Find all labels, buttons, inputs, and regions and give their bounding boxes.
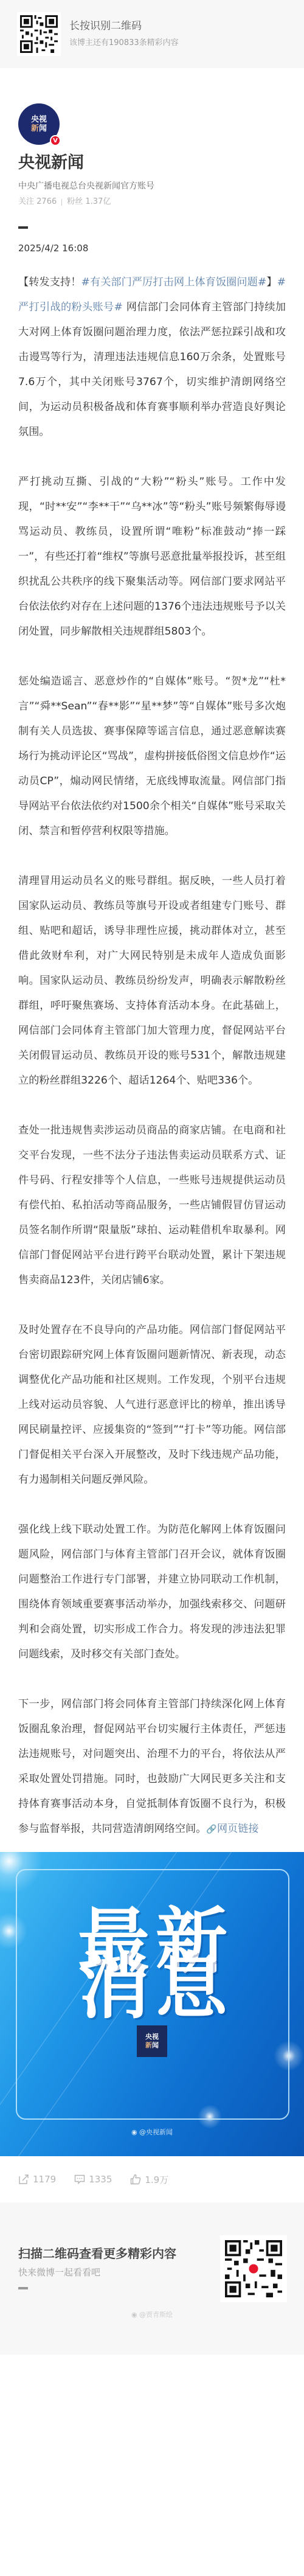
post-intro-paragraph: 【转发支持！#有关部门严厉打击网上体育饭圈问题#】#严打引战的粉头账号# 网信部… [18, 270, 286, 445]
web-link-label: 网页链接 [217, 1823, 259, 1835]
intro-prefix: 【转发支持！ [18, 276, 81, 288]
bottom-qr-banner: 扫描二维码查看更多精彩内容 快来微博一起看看吧 ◉ @贾青斯绘 [0, 2202, 304, 2355]
post-timestamp: 2025/4/2 16:08 [18, 242, 286, 254]
intro-body: 网信部门会同体育主管部门持续加大对网上体育饭圈问题治理力度，依法严惩拉踩引战和攻… [18, 301, 286, 438]
verified-badge-icon: V [50, 135, 61, 146]
headline-char-3: 消 [78, 1951, 150, 2022]
image-watermark: ◉ @央视新闻 [0, 2127, 304, 2137]
post-paragraph: 清理冒用运动员名义的账号群组。据反映，一些人员打着国家队运动员、教练员等旗号开设… [18, 869, 286, 1093]
cctv-news-logo: 央视 新闻 [137, 2025, 167, 2057]
post-paragraph: 强化线上线下联动处置工作。为防范化解网上体育饭圈问题风险，网信部门与体育主管部门… [18, 1517, 286, 1667]
following-count: 2766 [36, 196, 57, 208]
topic-link-1[interactable]: #有关部门严厉打击网上体育饭圈问题# [81, 276, 266, 288]
followers-count: 1.37亿 [85, 196, 111, 208]
avatar-line2a: 新 [31, 124, 39, 133]
image-frame [16, 1869, 289, 2120]
web-link[interactable]: 🔗网页链接 [206, 1823, 258, 1835]
qr-code-small[interactable] [17, 12, 61, 56]
final-text: 下一步，网信部门将会同体育主管部门持续深化网上体育饭圈乱象治理，督促网站平台切实… [18, 1698, 286, 1835]
comment-icon [74, 2174, 85, 2185]
avatar-line1: 央视 [31, 115, 47, 124]
post-paragraph: 查处一批违规售卖涉运动员商品的商家店铺。在电商和社交平台发现，一些不法分子违法售… [18, 1118, 286, 1293]
news-image[interactable]: 最 新 消 息 央视 新闻 ◉ @央视新闻 [0, 1852, 304, 2156]
post-actions: 1179 1335 1.9万 [0, 2156, 304, 2202]
post-paragraph: 严打挑动互撕、引战的“大粉”“粉头”账号。工作中发现，“时**安”“李**干”“… [18, 470, 286, 644]
weibo-icon: ◉ [131, 2128, 139, 2136]
like-count: 1.9万 [145, 2173, 168, 2186]
bottom-watermark: ◉ @贾青斯绘 [0, 2310, 304, 2319]
repost-button[interactable]: 1179 [18, 2174, 56, 2185]
top-banner-subtitle: 该博主还有190833条精彩内容 [69, 37, 179, 50]
post-content: 【转发支持！#有关部门严厉打击网上体育饭圈问题#】#严打引战的粉头账号# 网信部… [0, 254, 304, 1842]
logo-line2a: 新 [145, 2041, 152, 2049]
comment-button[interactable]: 1335 [74, 2174, 112, 2185]
post-final-paragraph: 下一步，网信部门将会同体育主管部门持续深化网上体育饭圈乱象治理，督促网站平台切实… [18, 1692, 286, 1842]
comment-count: 1335 [89, 2174, 112, 2185]
weibo-icon: ◉ [131, 2311, 139, 2319]
avatar[interactable]: 央视 新闻 V [18, 103, 60, 145]
intro-bracket: 】 [266, 276, 277, 288]
avatar-line2: 新闻 [31, 124, 47, 133]
bottom-banner-subtitle: 快来微博一起看看吧 [18, 2266, 100, 2278]
bottom-watermark-text: @贾青斯绘 [139, 2311, 173, 2319]
headline-char-4: 息 [156, 1951, 227, 2022]
account-description: 中央广播电视总台央视新闻官方账号 [18, 180, 286, 192]
profile-section: 央视 新闻 V 央视新闻 中央广播电视总台央视新闻官方账号 关注 2766 粉丝… [0, 68, 304, 254]
qr-code-large[interactable] [220, 2235, 287, 2302]
top-banner-text: 长按识别二维码 该博主还有190833条精彩内容 [69, 18, 179, 50]
like-button[interactable]: 1.9万 [130, 2173, 168, 2186]
logo-line2b: 闻 [152, 2041, 159, 2049]
logo-line1: 央视 [145, 2033, 159, 2041]
account-name[interactable]: 央视新闻 [18, 152, 286, 174]
avatar-line2b: 闻 [39, 124, 47, 133]
link-icon: 🔗 [206, 1825, 216, 1834]
bottom-banner-title: 扫描二维码查看更多精彩内容 [18, 2244, 176, 2261]
post-paragraph: 及时处置存在不良导向的产品功能。网信部门督促网站平台密切跟踪研究网上体育饭圈问题… [18, 1318, 286, 1492]
repost-count: 1179 [33, 2174, 56, 2185]
thumbs-up-icon [130, 2174, 141, 2185]
qr-code-icon [20, 15, 58, 53]
stats-divider [61, 199, 62, 206]
account-stats: 关注 2766 粉丝 1.37亿 [18, 196, 286, 208]
divider-dash [18, 226, 28, 229]
repost-icon [18, 2174, 29, 2185]
post-paragraph: 惩处编造谣言、恶意炒作的“自媒体”账号。“贺*龙”“杜*言”“舜**Sean”“… [18, 669, 286, 844]
following-label: 关注 [18, 196, 34, 208]
logo-line2: 新闻 [145, 2041, 159, 2050]
top-qr-banner: 长按识别二维码 该博主还有190833条精彩内容 [0, 0, 304, 68]
weibo-qr-code-icon [225, 2240, 282, 2297]
top-banner-title: 长按识别二维码 [69, 18, 179, 34]
divider-dash [18, 2287, 28, 2289]
followers-label: 粉丝 [67, 196, 83, 208]
image-watermark-text: @央视新闻 [139, 2128, 173, 2136]
